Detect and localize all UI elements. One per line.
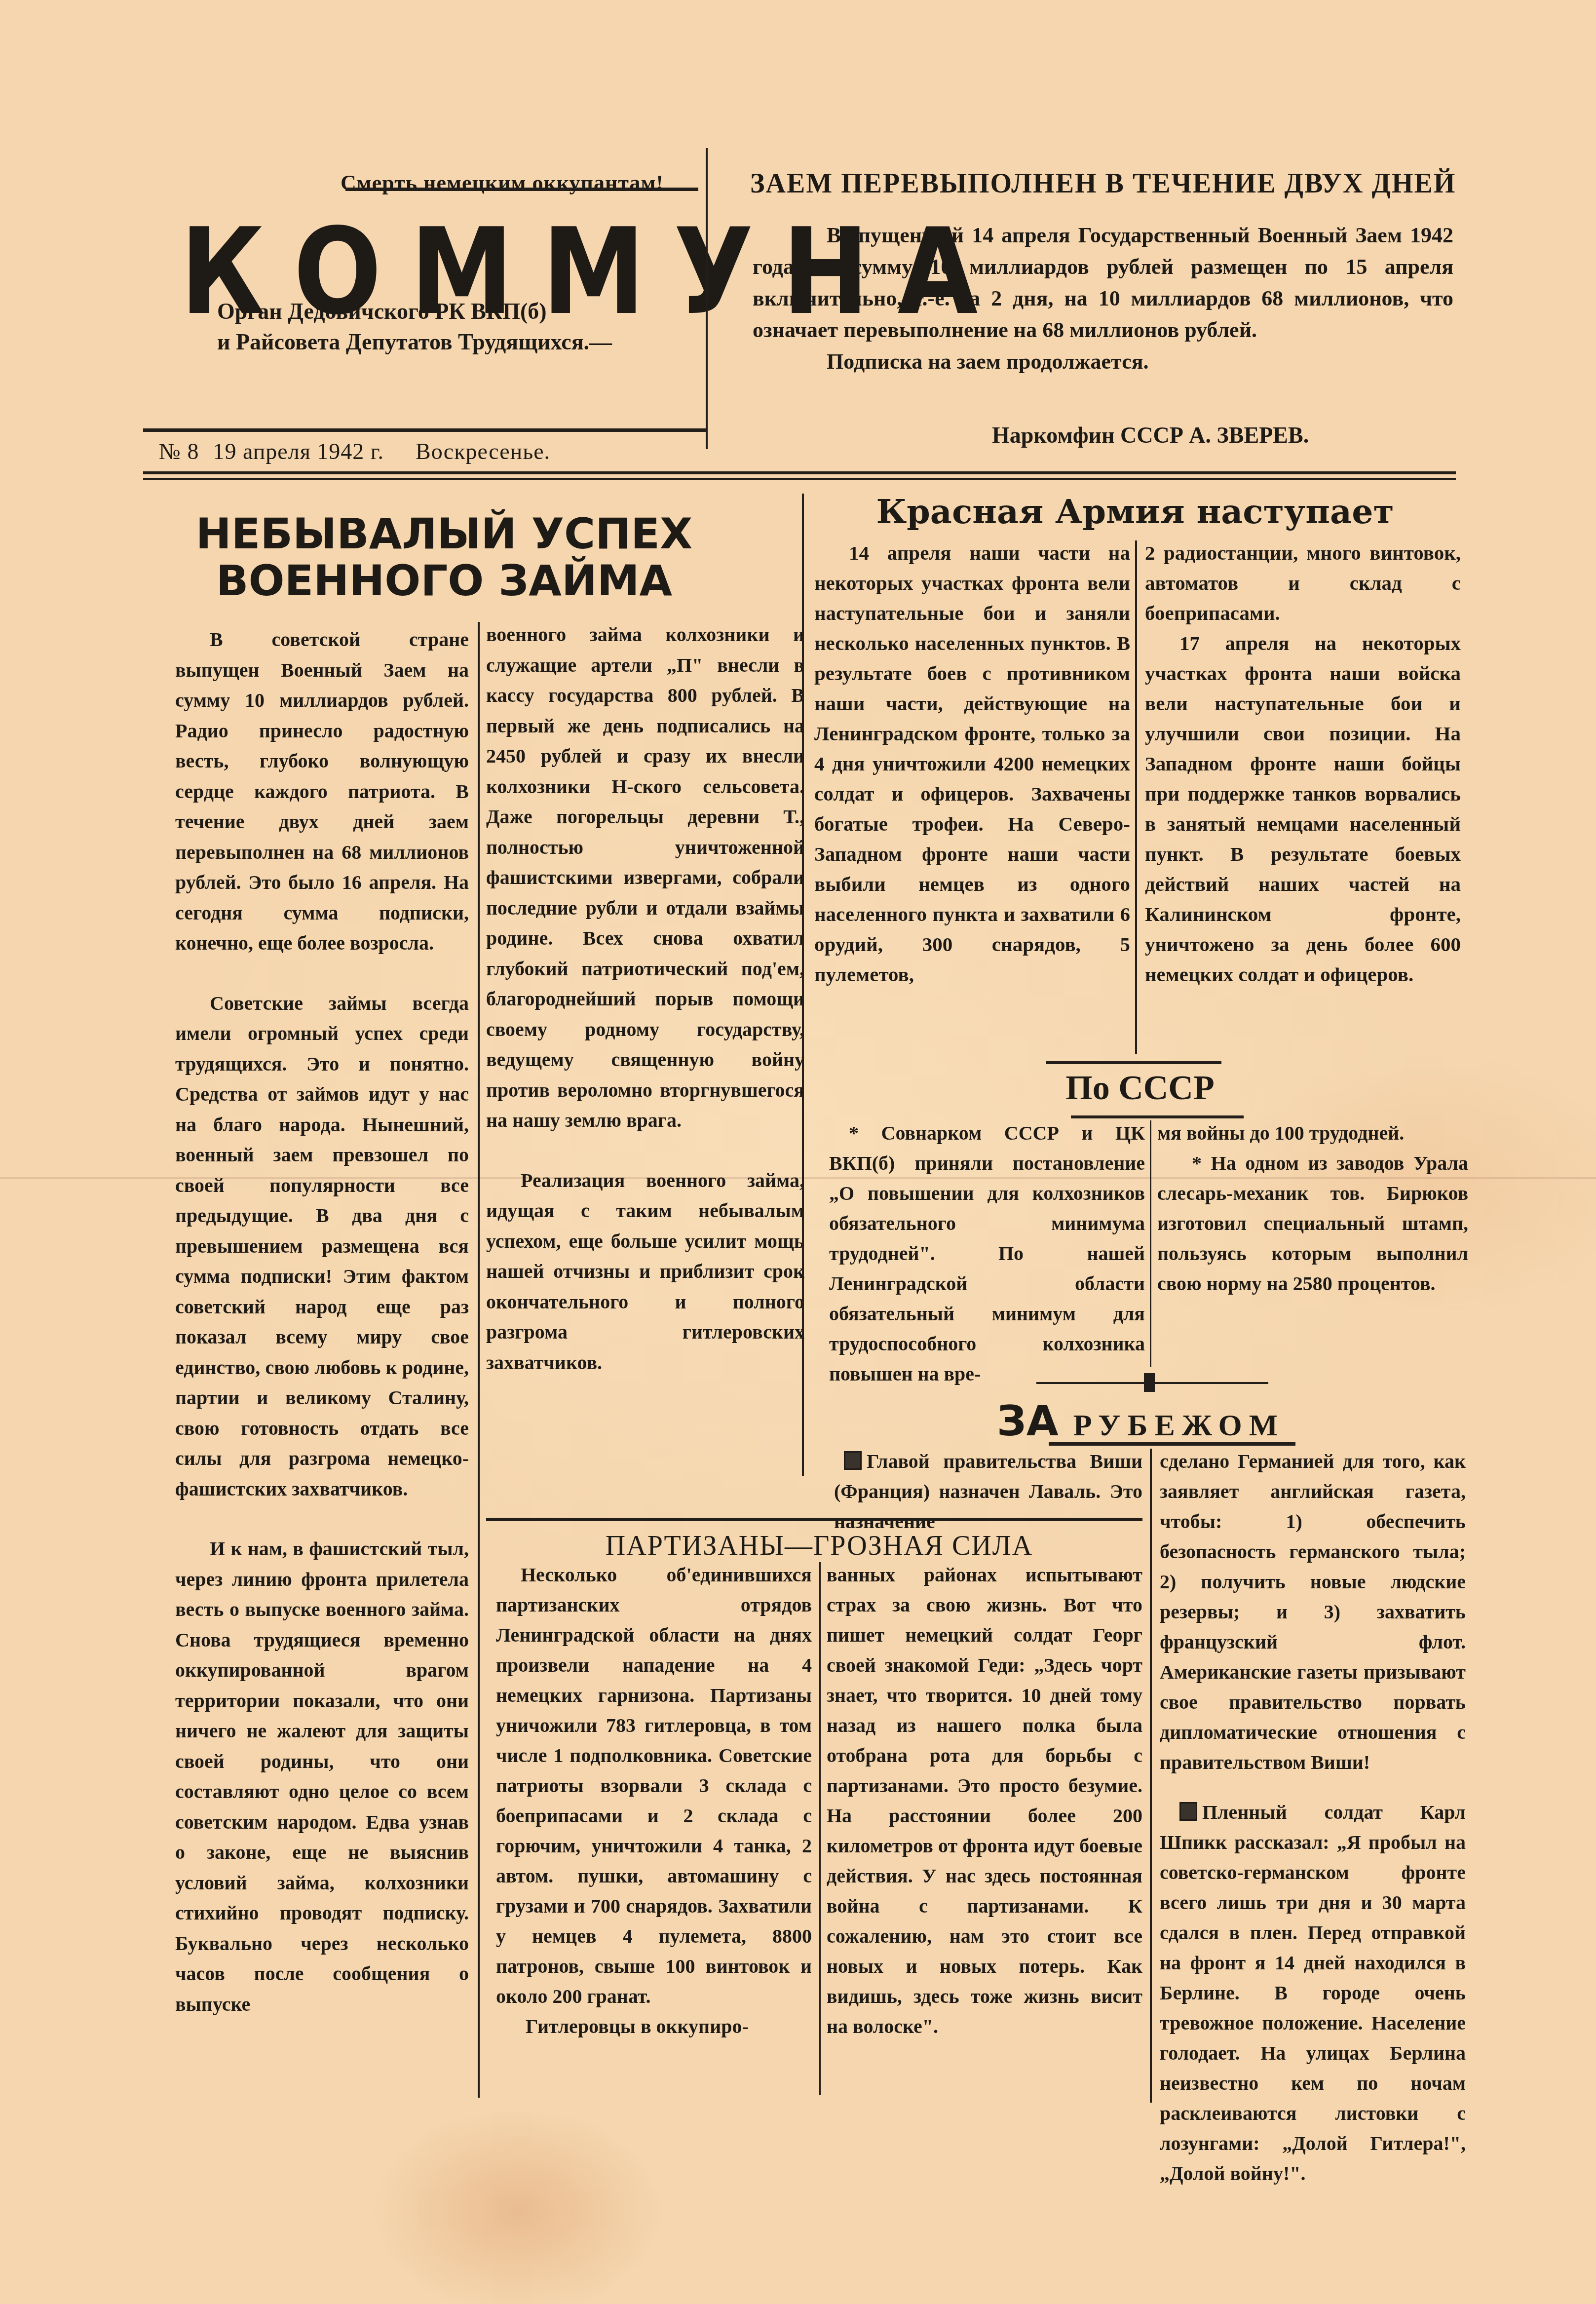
- abroad-under-rule: [1049, 1442, 1295, 1446]
- notice-signature: Наркомфин СССР А. ЗВЕРЕВ.: [992, 422, 1309, 448]
- ussr-column-1: * Совнарком СССР и ЦК ВКП(б) приняли пос…: [829, 1118, 1145, 1389]
- organ-line-2: и Райсовета Депутатов Трудящихся.—: [217, 327, 612, 357]
- square-bullet-icon: [1179, 1802, 1197, 1821]
- loan-paragraph-3: И к нам, в фашистский тыл, через линию ф…: [175, 1534, 469, 2019]
- ornament-icon: [1144, 1373, 1155, 1392]
- abroad-column-2: сделано Германией для того, как заявляет…: [1160, 1446, 1466, 2189]
- loan-paragraph-4: военного займа колхозники и служащие арт…: [486, 619, 804, 1136]
- column-divider-4: [1150, 1120, 1151, 1367]
- partisans-top-rule: [486, 1518, 1142, 1521]
- ussr-column-2: мя войны до 100 трудодней. * На одном из…: [1157, 1118, 1468, 1299]
- abroad-headline-big: ЗА: [997, 1397, 1059, 1445]
- abroad-column-1: Главой правительства Виши (Франция) назн…: [834, 1446, 1142, 1536]
- partisans-paragraph-3: ванных районах испытывают страх за свою …: [827, 1560, 1142, 2041]
- issue-line: № 8 19 апреля 1942 г. Воскресенье.: [159, 438, 550, 464]
- masthead-organ: Орган Дедовичского РК ВКП(б) и Райсовета…: [217, 296, 612, 357]
- abroad-headline: ЗА РУБЕЖОМ: [997, 1397, 1285, 1445]
- partisans-paragraph-2: Гитлеровцы в оккупиро-: [496, 2011, 812, 2041]
- column-divider-3: [1135, 540, 1137, 1054]
- army-column-1: 14 апреля наши части на некоторых участк…: [814, 538, 1130, 990]
- ussr-top-rule: [1046, 1061, 1221, 1064]
- ussr-paragraph-2: мя войны до 100 трудодней.: [1157, 1118, 1468, 1148]
- notice-paragraph-1: Выпущенный 14 апреля Государственный Вое…: [753, 220, 1453, 346]
- loan-paragraph-5: Реализация военного займа, идущая с таки…: [486, 1165, 804, 1378]
- army-headline: Красная Армия наступает: [839, 494, 1431, 531]
- ussr-headline: По СССР: [1041, 1069, 1239, 1108]
- column-divider-1: [478, 622, 480, 2098]
- partisans-headline: ПАРТИЗАНЫ—ГРОЗНАЯ СИЛА: [494, 1530, 1145, 1562]
- abroad-paragraph-3: Пленный солдат Карл Шпикк рассказал: „Я …: [1160, 1797, 1466, 2189]
- partisans-column-2: ванных районах испытывают страх за свою …: [827, 1560, 1142, 2041]
- masthead-slogan: Смерть немецким оккупантам!: [341, 170, 664, 195]
- abroad-paragraph-2: сделано Германией для того, как заявляет…: [1160, 1446, 1466, 1777]
- masthead-divider: [706, 148, 708, 449]
- loan-headline-line-2: ВОЕННОГО ЗАЙМА: [188, 558, 701, 605]
- loan-paragraph-2: Советские займы всегда имели огромный ус…: [175, 988, 469, 1504]
- loan-column-1: В советской стране выпущен Военный Заем …: [175, 624, 469, 2019]
- army-paragraph-2: 2 радиостанции, много винтовок, автомато…: [1145, 538, 1461, 628]
- loan-headline-line-1: НЕБЫВАЛЫЙ УСПЕХ: [188, 511, 701, 558]
- masthead-rule: [143, 428, 706, 432]
- organ-line-1: Орган Дедовичского РК ВКП(б): [217, 296, 612, 327]
- notice-headline: ЗАЕМ ПЕРЕВЫПОЛНЕН В ТЕЧЕНИЕ ДВУХ ДНЕЙ: [750, 168, 1456, 199]
- issue-weekday: Воскресенье.: [416, 438, 550, 464]
- loan-column-2: военного займа колхозники и служащие арт…: [486, 619, 804, 1378]
- issue-date: 19 апреля 1942 г.: [213, 438, 384, 464]
- abroad-paragraph-1: Главой правительства Виши (Франция) назн…: [834, 1446, 1142, 1536]
- loan-headline: НЕБЫВАЛЫЙ УСПЕХ ВОЕННОГО ЗАЙМА: [188, 511, 701, 604]
- notice-body: Выпущенный 14 апреля Государственный Вое…: [753, 220, 1453, 378]
- army-paragraph-3: 17 апреля на некоторых участках фронта н…: [1145, 628, 1461, 990]
- top-double-rule-2: [143, 478, 1456, 480]
- column-divider-6: [819, 1562, 821, 2095]
- column-divider-2: [802, 494, 804, 1476]
- top-double-rule-1: [143, 471, 1456, 474]
- square-bullet-icon: [844, 1451, 862, 1470]
- ussr-paragraph-3: * На одном из заводов Урала слесарь-меха…: [1157, 1148, 1468, 1299]
- partisans-paragraph-1: Несколько об'единившихся партизанских от…: [496, 1560, 812, 2011]
- slogan-underline: [345, 188, 698, 191]
- ussr-paragraph-1: * Совнарком СССР и ЦК ВКП(б) приняли пос…: [829, 1118, 1145, 1389]
- army-column-2: 2 радиостанции, много винтовок, автомато…: [1145, 538, 1461, 990]
- abroad-headline-rest: РУБЕЖОМ: [1073, 1408, 1285, 1443]
- partisans-column-1: Несколько об'единившихся партизанских от…: [496, 1560, 812, 2041]
- column-divider-5: [1150, 1449, 1152, 2103]
- notice-paragraph-2: Подписка на заем продолжается.: [753, 346, 1453, 378]
- loan-paragraph-1: В советской стране выпущен Военный Заем …: [175, 624, 469, 959]
- issue-number: № 8: [159, 438, 199, 464]
- army-paragraph-1: 14 апреля наши части на некоторых участк…: [814, 538, 1130, 990]
